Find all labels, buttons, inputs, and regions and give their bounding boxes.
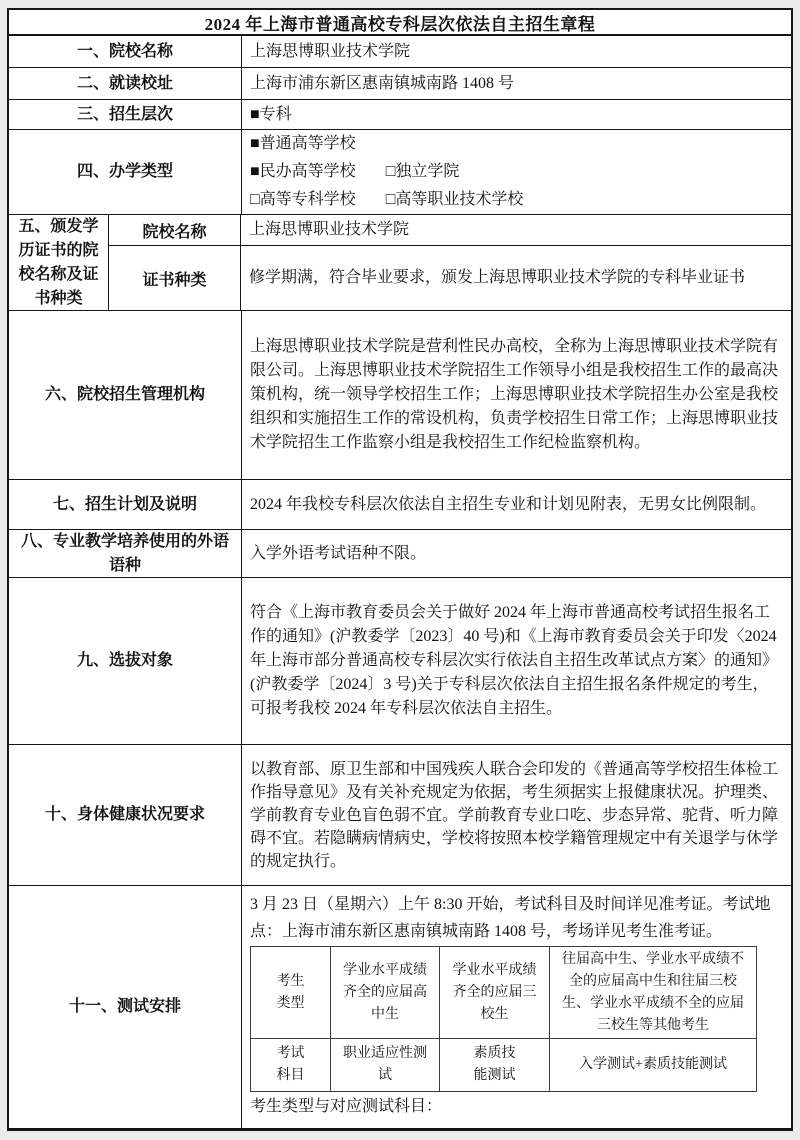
candidates-text: 符合《上海市教育委员会关于做好 2024 年上海市普通高校考试招生报名工作的通知…	[250, 601, 779, 721]
row-language: 八、专业教学培养使用的外语语种 入学外语考试语种不限。	[9, 530, 791, 578]
admission-charter-table: 2024 年上海市普通高校专科层次依法自主招生章程 一、院校名称 上海思博职业技…	[7, 8, 793, 1131]
row-health: 十、身体健康状况要求 以教育部、原卫生部和中国残疾人联合会印发的《普通高等学校招…	[9, 745, 791, 886]
test-footer-text: 考生类型与对应测试科目：	[250, 1095, 779, 1119]
enrollment-level-option: ■专科	[250, 103, 779, 127]
row-admin-org: 六、院校招生管理机构 上海思博职业技术学院是营利性民办高校，全称为上海思博职业技…	[9, 311, 791, 480]
label-school-name: 一、院校名称	[9, 36, 242, 67]
label-certificate-type: 证书种类	[109, 246, 241, 310]
campus-address-text: 上海市浦东新区惠南镇城南路 1408 号	[250, 72, 779, 96]
label-school-type: 四、办学类型	[9, 130, 242, 214]
value-language: 入学外语考试语种不限。	[242, 530, 791, 577]
value-school-type: ■普通高等学校 ■民办高等学校□独立学院 □高等专科学校□高等职业技术学校	[242, 130, 791, 214]
option-label: 独立学院	[395, 163, 459, 180]
value-candidates: 符合《上海市教育委员会关于做好 2024 年上海市普通高校考试招生报名工作的通知…	[242, 578, 791, 744]
label-certificate-school: 院校名称	[109, 215, 241, 245]
label-test-arrangement: 十一、测试安排	[9, 886, 242, 1128]
checkbox-checked-icon: ■	[250, 163, 260, 180]
value-certificate-type: 修学期满，符合毕业要求，颁发上海思博职业技术学院的专科毕业证书	[241, 246, 791, 310]
label-campus-address: 二、就读校址	[9, 68, 242, 99]
school-type-line-3: □高等专科学校□高等职业技术学校	[250, 186, 779, 214]
value-certificate-school: 上海思博职业技术学院	[241, 215, 791, 245]
school-type-option: □独立学院	[386, 163, 460, 180]
school-type-options: ■普通高等学校 ■民办高等学校□独立学院 □高等专科学校□高等职业技术学校	[250, 130, 779, 214]
certificate-school-text: 上海思博职业技术学院	[249, 217, 409, 243]
checkbox-unchecked-icon: □	[386, 163, 396, 180]
test-table-header-cell: 学业水平成绩齐全的应届高中生	[331, 947, 440, 1039]
test-table-header-cell: 考生类型	[251, 947, 331, 1039]
school-type-option: □高等职业技术学校	[386, 191, 524, 208]
value-school-name: 上海思博职业技术学院	[242, 36, 791, 67]
label-plan: 七、招生计划及说明	[9, 480, 242, 529]
row-school-type: 四、办学类型 ■普通高等学校 ■民办高等学校□独立学院 □高等专科学校□高等职业…	[9, 130, 791, 215]
test-subject-table: 考生类型 学业水平成绩齐全的应届高中生 学业水平成绩齐全的应届三校生 往届高中生…	[250, 946, 757, 1092]
test-table-header-cell: 往届高中生、学业水平成绩不全的应届高中生和往届三校生、学业水平成绩不全的应届三校…	[550, 947, 756, 1039]
option-label: 民办高等学校	[260, 163, 356, 180]
test-table-subject-cell: 入学测试+素质技能测试	[550, 1039, 756, 1091]
value-enrollment-level: ■专科	[242, 100, 791, 129]
option-label: 高等职业技术学校	[395, 191, 523, 208]
value-campus-address: 上海市浦东新区惠南镇城南路 1408 号	[242, 68, 791, 99]
value-test-arrangement: 3 月 23 日（星期六）上午 8:30 开始，考试科目及时间详见准考证。考试地…	[242, 886, 791, 1128]
row-certificate: 五、颁发学历证书的院校名称及证书种类 院校名称 上海思博职业技术学院 证书种类 …	[9, 215, 791, 311]
row-plan: 七、招生计划及说明 2024 年我校专科层次依法自主招生专业和计划见附表，无男女…	[9, 480, 791, 530]
label-enrollment-level: 三、招生层次	[9, 100, 242, 129]
admin-org-text: 上海思博职业技术学院是营利性民办高校，全称为上海思博职业技术学院有限公司。上海思…	[250, 335, 779, 455]
row-enrollment-level: 三、招生层次 ■专科	[9, 100, 791, 130]
school-name-text: 上海思博职业技术学院	[250, 40, 779, 64]
value-plan: 2024 年我校专科层次依法自主招生专业和计划见附表，无男女比例限制。	[242, 480, 791, 529]
plan-text: 2024 年我校专科层次依法自主招生专业和计划见附表，无男女比例限制。	[250, 492, 779, 517]
test-table-subject-cell: 考试科目	[251, 1039, 331, 1091]
school-type-line-2: ■民办高等学校□独立学院	[250, 158, 779, 186]
school-type-line-1: ■普通高等学校	[250, 130, 779, 158]
test-table-subject-cell: 职业适应性测试	[331, 1039, 440, 1091]
label-admin-org: 六、院校招生管理机构	[9, 311, 242, 479]
health-text: 以教育部、原卫生部和中国残疾人联合会印发的《普通高等学校招生体检工作指导意见》及…	[250, 758, 779, 873]
school-type-option: ■民办高等学校	[250, 163, 356, 180]
test-table-header-cell: 学业水平成绩齐全的应届三校生	[440, 947, 550, 1039]
enrollment-level-text: 专科	[260, 106, 292, 123]
document-title: 2024 年上海市普通高校专科层次依法自主招生章程	[9, 10, 791, 36]
language-text: 入学外语考试语种不限。	[250, 542, 779, 566]
row-campus-address: 二、就读校址 上海市浦东新区惠南镇城南路 1408 号	[9, 68, 791, 100]
certificate-type-text: 修学期满，符合毕业要求，颁发上海思博职业技术学院的专科毕业证书	[249, 265, 745, 291]
certificate-row-type: 证书种类 修学期满，符合毕业要求，颁发上海思博职业技术学院的专科毕业证书	[109, 245, 791, 310]
label-candidates: 九、选拔对象	[9, 578, 242, 744]
school-type-option: □高等专科学校	[250, 191, 356, 208]
school-type-option: ■普通高等学校	[250, 135, 356, 152]
row-school-name: 一、院校名称 上海思博职业技术学院	[9, 36, 791, 68]
value-admin-org: 上海思博职业技术学院是营利性民办高校，全称为上海思博职业技术学院有限公司。上海思…	[242, 311, 791, 479]
test-intro-text: 3 月 23 日（星期六）上午 8:30 开始，考试科目及时间详见准考证。考试地…	[250, 891, 779, 945]
row-test-arrangement: 十一、测试安排 3 月 23 日（星期六）上午 8:30 开始，考试科目及时间详…	[9, 886, 791, 1128]
label-certificate: 五、颁发学历证书的院校名称及证书种类	[9, 215, 109, 310]
value-health: 以教育部、原卫生部和中国残疾人联合会印发的《普通高等学校招生体检工作指导意见》及…	[242, 745, 791, 885]
checkbox-checked-icon: ■	[250, 106, 260, 123]
checkbox-unchecked-icon: □	[386, 191, 396, 208]
label-health: 十、身体健康状况要求	[9, 745, 242, 885]
label-language: 八、专业教学培养使用的外语语种	[9, 530, 242, 577]
certificate-row-name: 院校名称 上海思博职业技术学院	[109, 215, 791, 245]
option-label: 高等专科学校	[260, 191, 356, 208]
test-table-subject-cell: 素质技能测试	[440, 1039, 550, 1091]
row-candidates: 九、选拔对象 符合《上海市教育委员会关于做好 2024 年上海市普通高校考试招生…	[9, 578, 791, 745]
checkbox-unchecked-icon: □	[250, 191, 260, 208]
option-label: 普通高等学校	[260, 135, 356, 152]
checkbox-checked-icon: ■	[250, 135, 260, 152]
certificate-sub-rows: 院校名称 上海思博职业技术学院 证书种类 修学期满，符合毕业要求，颁发上海思博职…	[109, 215, 791, 310]
